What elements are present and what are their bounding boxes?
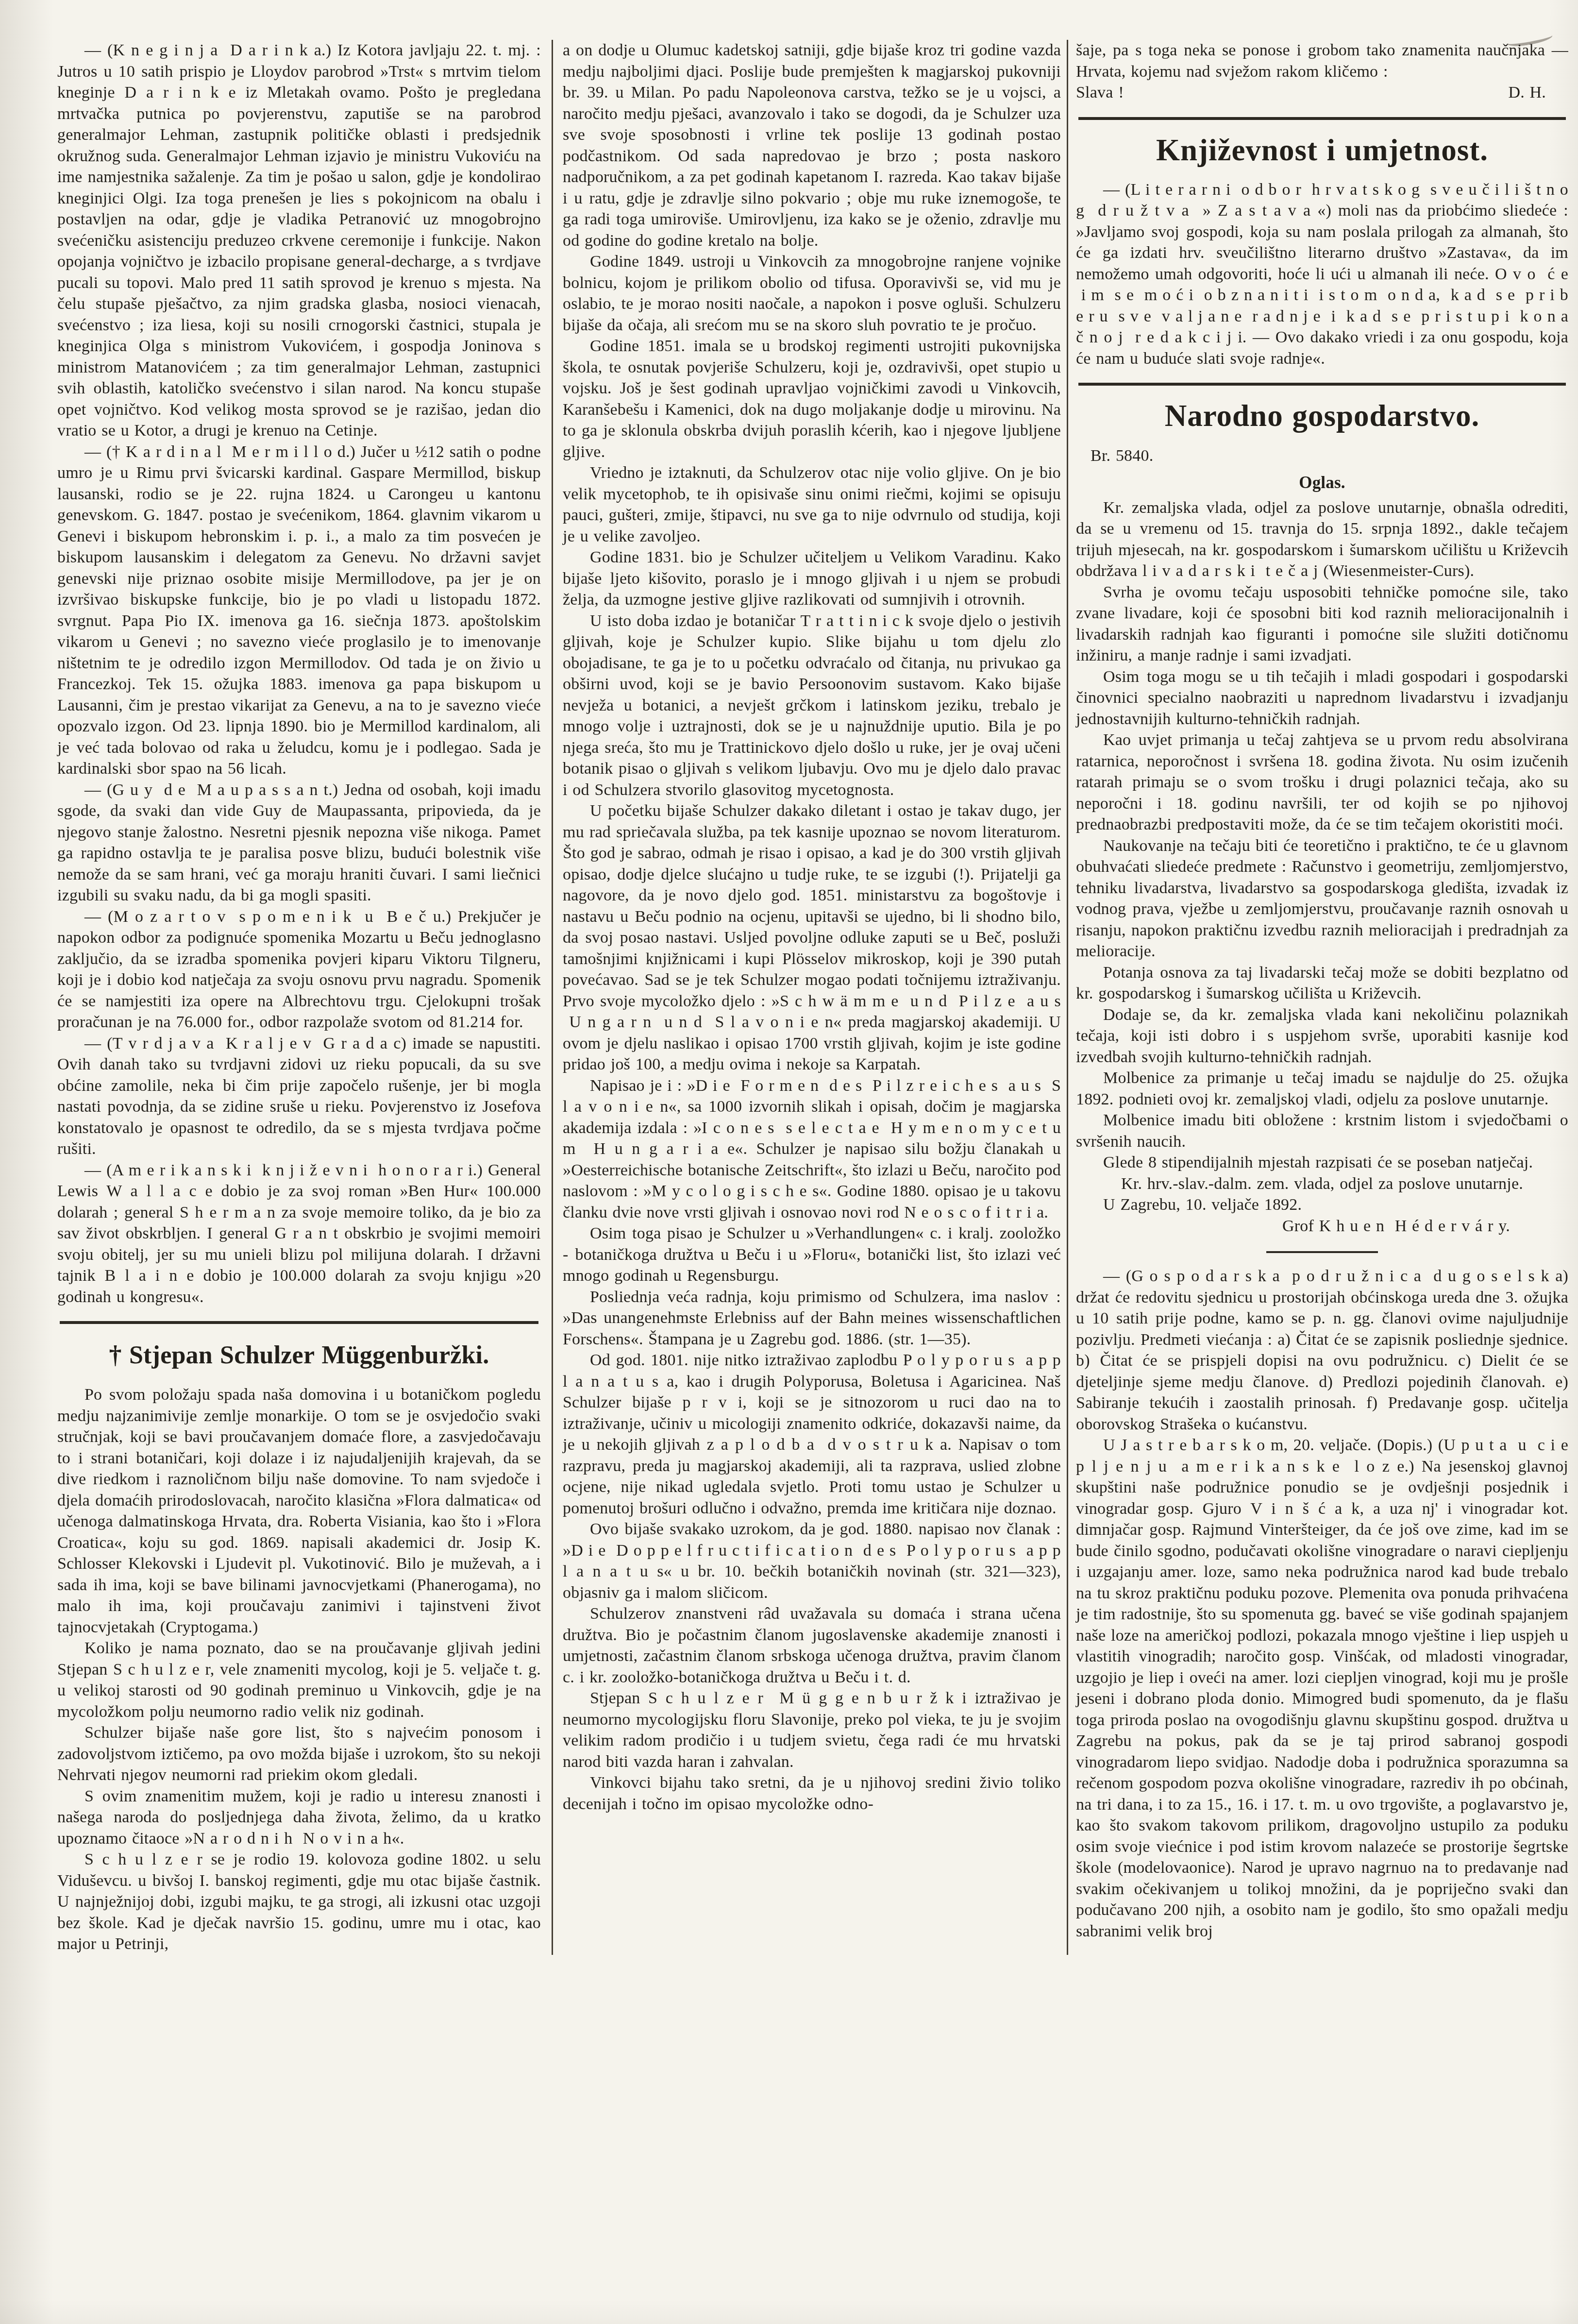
paragraph: Glede 8 stipendijalnih mjestah razpisati… [1076, 1152, 1568, 1173]
paragraph: Od god. 1801. nije nitko iztraživao zapl… [563, 1350, 1061, 1519]
paragraph: Osim toga pisao je Schulzer u »Verhandlu… [563, 1223, 1061, 1287]
page-columns: — (K n e g i n j a D a r i n k a.) Iz Ko… [57, 40, 1568, 1955]
column-middle: a on dodje u Olumuc kadetskoj satniji, g… [563, 40, 1061, 1955]
section-rule [1078, 383, 1566, 386]
section-rule [60, 1321, 538, 1324]
separator-rule [1266, 1251, 1378, 1253]
issuing-authority: Kr. hrv.-slav.-dalm. zem. vlada, odjel z… [1076, 1173, 1568, 1195]
paragraph: U isto doba izdao je botaničar T r a t t… [563, 611, 1061, 801]
section-rule [1078, 117, 1566, 120]
news-item: — (G o s p o d a r s k a p o d r u ž n i… [1076, 1266, 1568, 1435]
notice-heading: Oglas. [1076, 472, 1568, 493]
author-initials: D. H. [1508, 82, 1568, 103]
paragraph: S ovim znamenitim mužem, koji je radio u… [57, 1786, 541, 1849]
paragraph: Vinkovci bijahu tako sretni, da je u nji… [563, 1772, 1061, 1815]
paragraph: Molbenice imadu biti obložene : krstnim … [1076, 1110, 1568, 1152]
news-item: — (M o z a r t o v s p o m e n i k u B e… [57, 906, 541, 1033]
paragraph: Godine 1851. imala se u brodskoj regimen… [563, 336, 1061, 462]
paragraph: Kr. zemaljska vlada, odjel za poslove un… [1076, 497, 1568, 582]
news-item: — († K a r d i n a l M e r m i l l o d.)… [57, 441, 541, 780]
signature-row: Slava !D. H. [1076, 82, 1568, 103]
paragraph: Godine 1831. bio je Schulzer učiteljem u… [563, 547, 1061, 611]
dateline: U Zagrebu, 10. veljače 1892. [1076, 1194, 1568, 1216]
paragraph: S c h u l z e r se je rodio 19. kolovoza… [57, 1849, 541, 1955]
paragraph: Stjepan S c h u l z e r M ü g g e n b u … [563, 1688, 1061, 1772]
paragraph: Napisao je i : »D i e F o r m e n d e s … [563, 1075, 1061, 1223]
paragraph: Ovo bijaše svakako uzrokom, da je god. 1… [563, 1519, 1061, 1603]
document-number: Br. 5840. [1076, 445, 1568, 467]
news-item: — (K n e g i n j a D a r i n k a.) Iz Ko… [57, 40, 541, 441]
news-item: — (L i t e r a r n i o d b o r h r v a t… [1076, 179, 1568, 370]
paragraph: Schulzer bijaše naše gore list, što s na… [57, 1722, 541, 1786]
paragraph: U J a s t r e b a r s k o m, 20. veljače… [1076, 1435, 1568, 1942]
paragraph: Potanja osnova za taj livadarski tečaj m… [1076, 962, 1568, 1004]
paragraph: Osim toga mogu se u tih tečajih i mladi … [1076, 666, 1568, 730]
column-divider [552, 40, 553, 1955]
paragraph: Kao uvjet primanja u tečaj zahtjeva se u… [1076, 729, 1568, 835]
paragraph: Schulzerov znanstveni râd uvažavala su d… [563, 1603, 1061, 1688]
paragraph: Svrha je ovomu tečaju usposobiti tehničk… [1076, 582, 1568, 666]
paragraph: Vriedno je iztaknuti, da Schulzerov otac… [563, 462, 1061, 547]
newspaper-page: — (K n e g i n j a D a r i n k a.) Iz Ko… [0, 0, 1578, 2324]
paragraph: Molbenice za primanje u tečaj imadu se n… [1076, 1068, 1568, 1110]
article-heading: † Stjepan Schulzer Müggenburžki. [57, 1340, 541, 1371]
column-left: — (K n e g i n j a D a r i n k a.) Iz Ko… [57, 40, 541, 1955]
paragraph: U početku bijaše Schulzer dakako diletan… [563, 800, 1061, 1075]
paragraph-continuation: a on dodje u Olumuc kadetskoj satniji, g… [563, 40, 1061, 251]
news-item: — (G u y d e M a u p a s s a n t.) Jedna… [57, 780, 541, 906]
paragraph-continuation: šaje, pa s toga neka se ponose i grobom … [1076, 40, 1568, 82]
column-right: šaje, pa s toga neka se ponose i grobom … [1076, 40, 1568, 1955]
section-heading: Narodno gospodarstvo. [1076, 398, 1568, 433]
paragraph: Koliko je nama poznato, dao se na prouča… [57, 1638, 541, 1722]
paragraph: Godine 1849. ustroji u Vinkovcih za mnog… [563, 251, 1061, 336]
paragraph: Naukovanje na tečaju biti će teoretično … [1076, 835, 1568, 962]
closing-word: Slava ! [1076, 82, 1124, 103]
signature: Grof K h u e n H é d e r v á r y. [1076, 1216, 1568, 1237]
news-item: — (T v r d j a v a K r a l j e v G r a d… [57, 1033, 541, 1160]
section-heading: Književnost i umjetnost. [1076, 133, 1568, 168]
column-divider [1067, 40, 1068, 1955]
news-item: — (A m e r i k a n s k i k n j i ž e v n… [57, 1160, 541, 1308]
paragraph: Dodaje se, da kr. zemaljska vlada kani n… [1076, 1004, 1568, 1068]
paragraph: Po svom položaju spada naša domovina i u… [57, 1384, 541, 1638]
paragraph: Posliednja veća radnja, koju primismo od… [563, 1287, 1061, 1350]
